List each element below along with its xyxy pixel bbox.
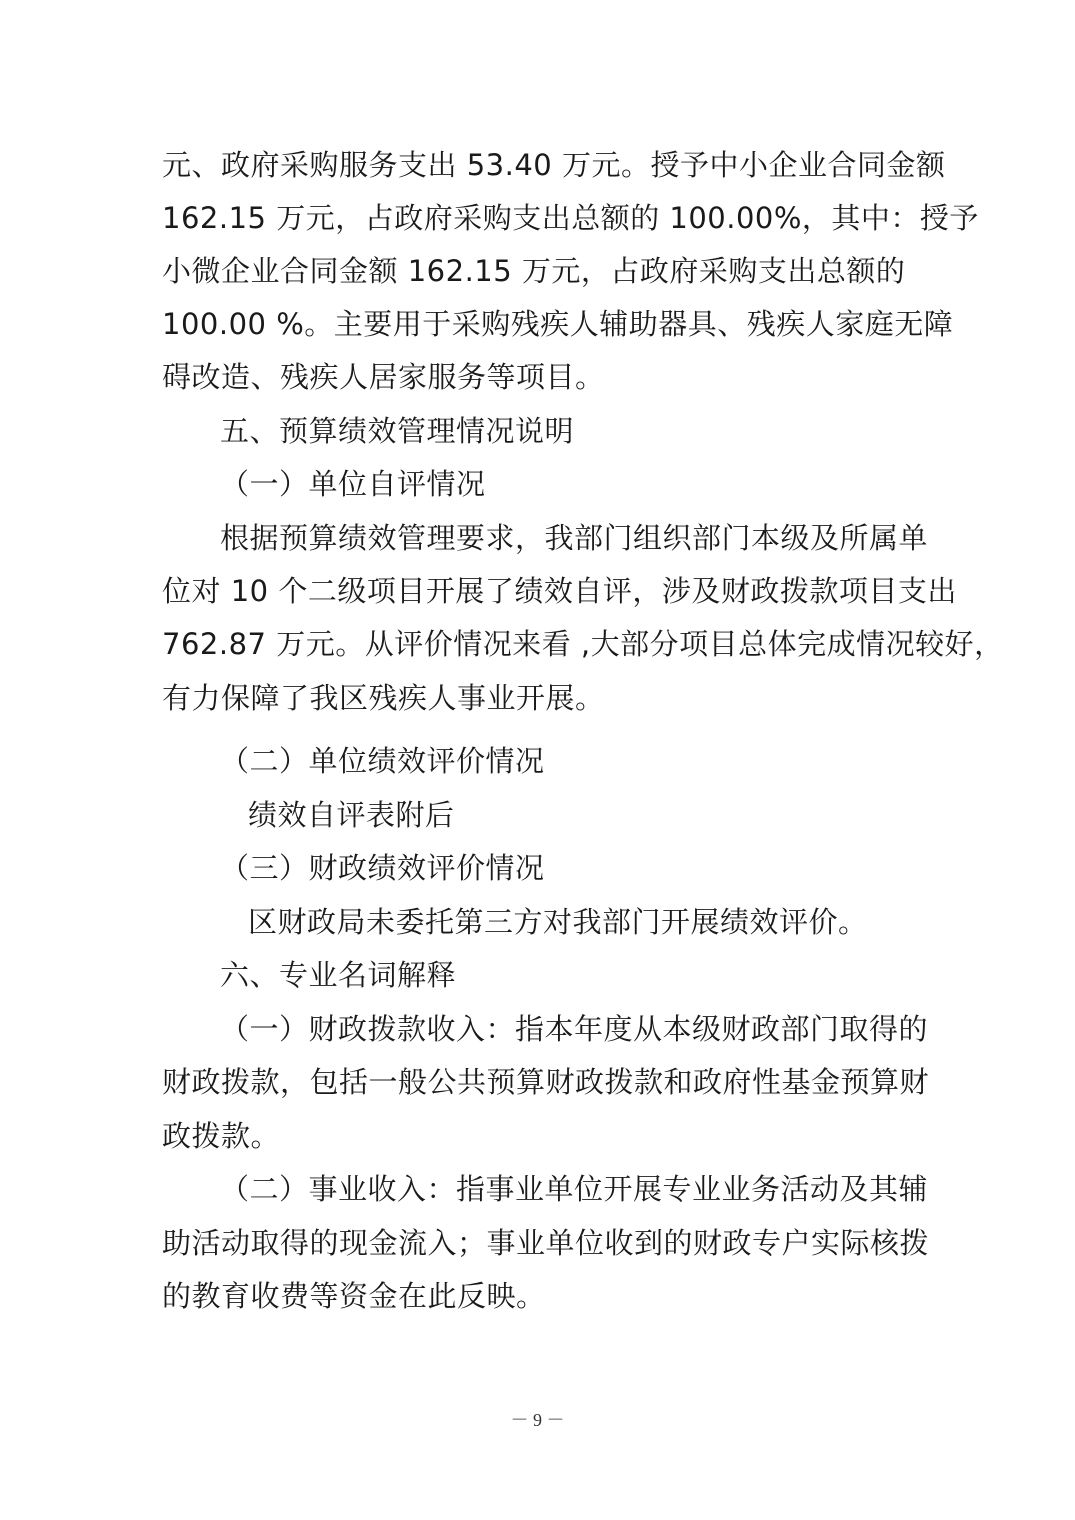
text-line-8: 根据预算绩效管理要求，我部门组织部门本级及所属单 [220,518,928,558]
text-line-10: 762.87 万元。从评价情况来看 ,大部分项目总体完成情况较好， [162,624,1004,664]
text-line-21: 助活动取得的现金流入；事业单位收到的财政专户实际核拨 [162,1223,929,1263]
text-line-11: 有力保障了我区残疾人事业开展。 [162,678,605,718]
text-line-18: 财政拨款，包括一般公共预算财政拨款和政府性基金预算财 [162,1062,929,1102]
text-line-13: 绩效自评表附后 [248,795,455,835]
subsection-heading-finance-evaluation: （三）财政绩效评价情况 [220,848,545,888]
subsection-heading-self-evaluation: （一）单位自评情况 [220,464,486,504]
text-line-2: 162.15 万元，占政府采购支出总额的 100.00%，其中：授予 [162,198,979,238]
text-line-9: 位对 10 个二级项目开展了绩效自评，涉及财政拨款项目支出 [162,571,957,611]
text-line-22: 的教育收费等资金在此反映。 [162,1276,546,1316]
text-line-20: （二）事业收入：指事业单位开展专业业务活动及其辅 [220,1169,928,1209]
text-line-3: 小微企业合同金额 162.15 万元，占政府采购支出总额的 [162,251,905,291]
page-number: － 9 － [0,1406,1075,1432]
subsection-heading-unit-evaluation: （二）单位绩效评价情况 [220,741,545,781]
text-line-4: 100.00 %。主要用于采购残疾人辅助器具、残疾人家庭无障 [162,304,953,344]
section-heading-6: 六、专业名词解释 [220,955,456,995]
text-line-1: 元、政府采购服务支出 53.40 万元。授予中小企业合同金额 [162,145,945,185]
text-line-5: 碍改造、残疾人居家服务等项目。 [162,357,605,397]
text-line-17: （一）财政拨款收入：指本年度从本级财政部门取得的 [220,1009,928,1049]
section-heading-5: 五、预算绩效管理情况说明 [220,411,574,451]
document-page: 元、政府采购服务支出 53.40 万元。授予中小企业合同金额 162.15 万元… [0,0,1075,1520]
text-line-19: 政拨款。 [162,1116,280,1156]
text-line-15: 区财政局未委托第三方对我部门开展绩效评价。 [248,902,868,942]
